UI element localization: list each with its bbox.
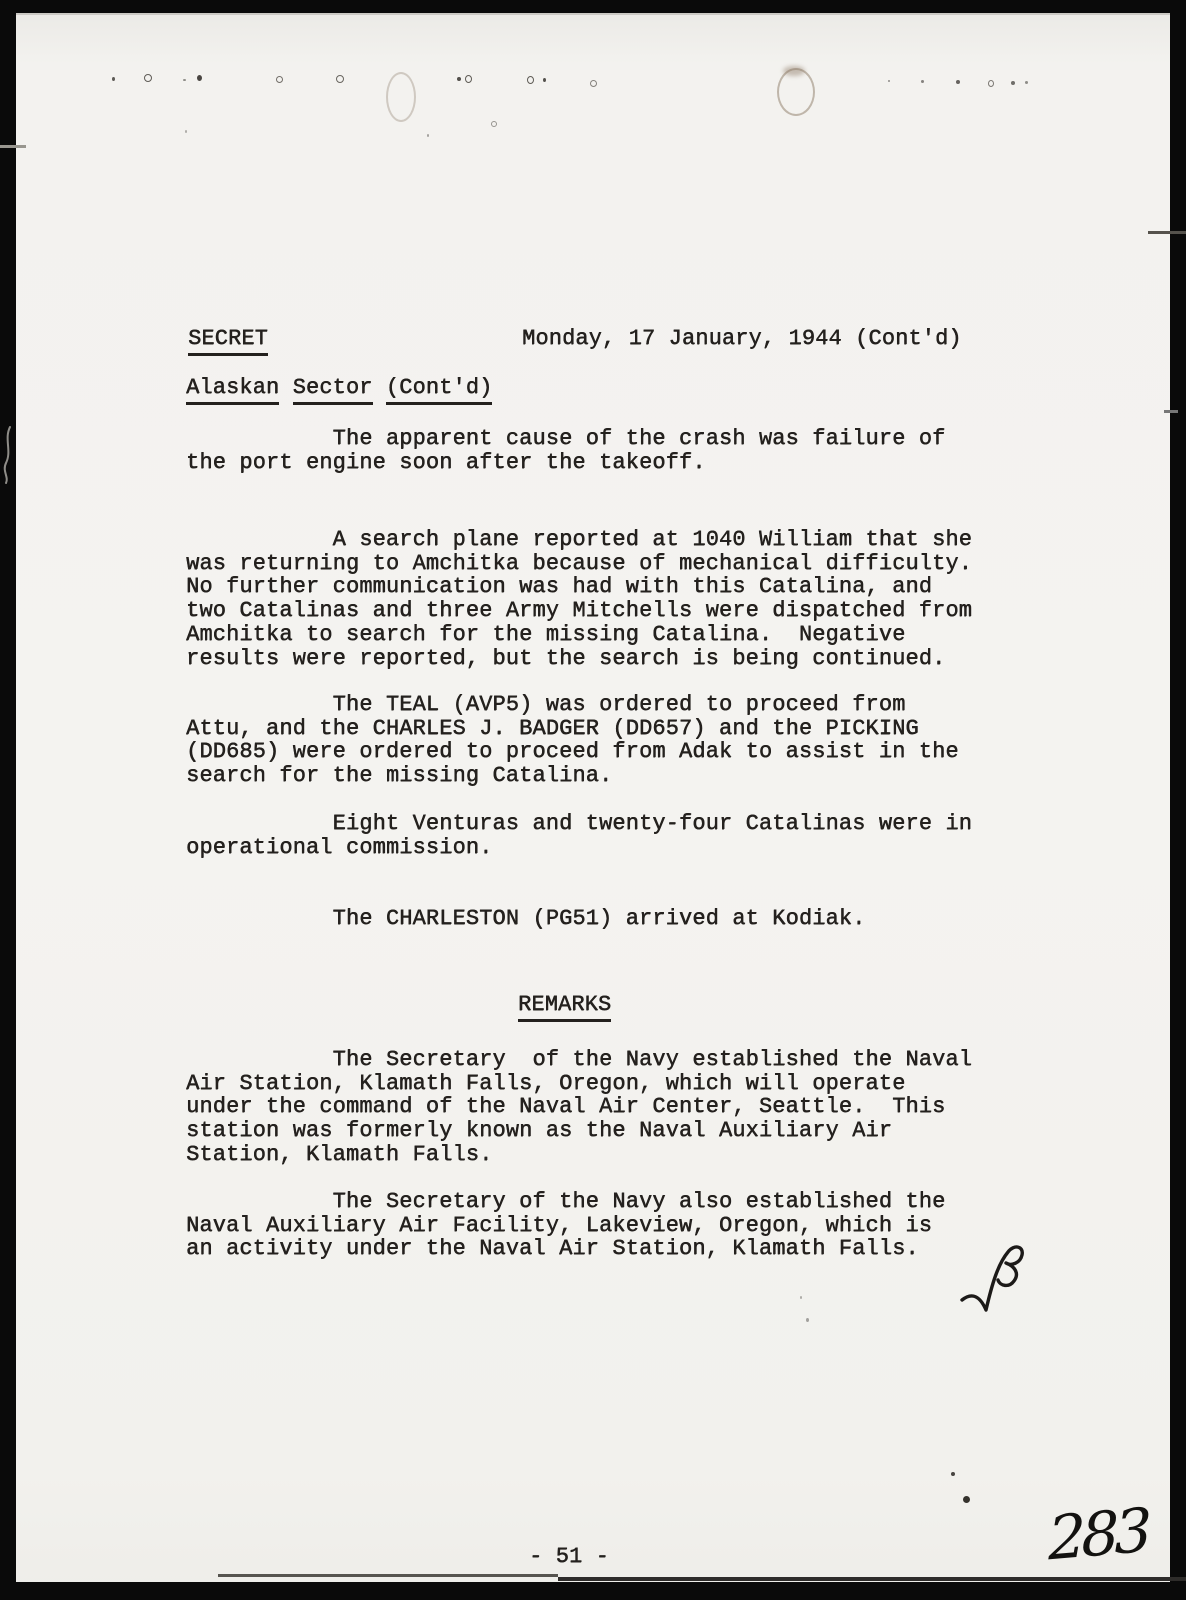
classification-label: SECRET	[188, 327, 268, 356]
scan-edge-shadow	[16, 13, 1170, 15]
scan-edge-scratch	[0, 425, 16, 485]
handwritten-checkmark-icon	[956, 1238, 1046, 1323]
binder-ring-icon	[777, 68, 815, 116]
scan-border-left	[0, 0, 16, 1600]
handwritten-page-number: 283	[1048, 1496, 1148, 1575]
section-heading-word: Alaskan	[186, 376, 279, 405]
section-heading-word: (Cont'd)	[386, 376, 493, 405]
paragraph-charleston: The CHARLESTON (PG51) arrived at Kodiak.	[186, 907, 865, 931]
remarks-paragraph-klamath-falls: The Secretary of the Navy established th…	[186, 1048, 972, 1167]
paragraph-crash-cause: The apparent cause of the crash was fail…	[186, 427, 945, 474]
scan-edge-smudge	[558, 1577, 1186, 1581]
scan-border-top	[0, 0, 1186, 13]
binder-ring-icon	[386, 72, 416, 122]
scan-edge-smudge	[218, 1574, 558, 1577]
scan-edge-tick	[1148, 231, 1186, 234]
paragraph-operational-commission: Eight Venturas and twenty-four Catalinas…	[186, 812, 972, 859]
scan-border-bottom	[0, 1582, 1186, 1600]
page-number: - 51 -	[529, 1545, 609, 1569]
remarks-paragraph-lakeview: The Secretary of the Navy also establish…	[186, 1190, 945, 1261]
paragraph-search-plane: A search plane reported at 1040 William …	[186, 528, 972, 670]
remarks-heading: REMARKS	[518, 993, 611, 1022]
scan-edge-tick	[1164, 410, 1178, 413]
scanned-document-page: SECRET Monday, 17 January, 1944 (Cont'd)…	[0, 0, 1186, 1600]
date-heading: Monday, 17 January, 1944 (Cont'd)	[522, 327, 962, 351]
scan-border-right	[1170, 0, 1186, 1600]
paragraph-teal-badger-picking: The TEAL (AVP5) was ordered to proceed f…	[186, 693, 959, 788]
scan-edge-tick	[0, 145, 26, 148]
section-heading: AlaskanSector(Cont'd)	[186, 376, 492, 405]
section-heading-word: Sector	[293, 376, 373, 405]
